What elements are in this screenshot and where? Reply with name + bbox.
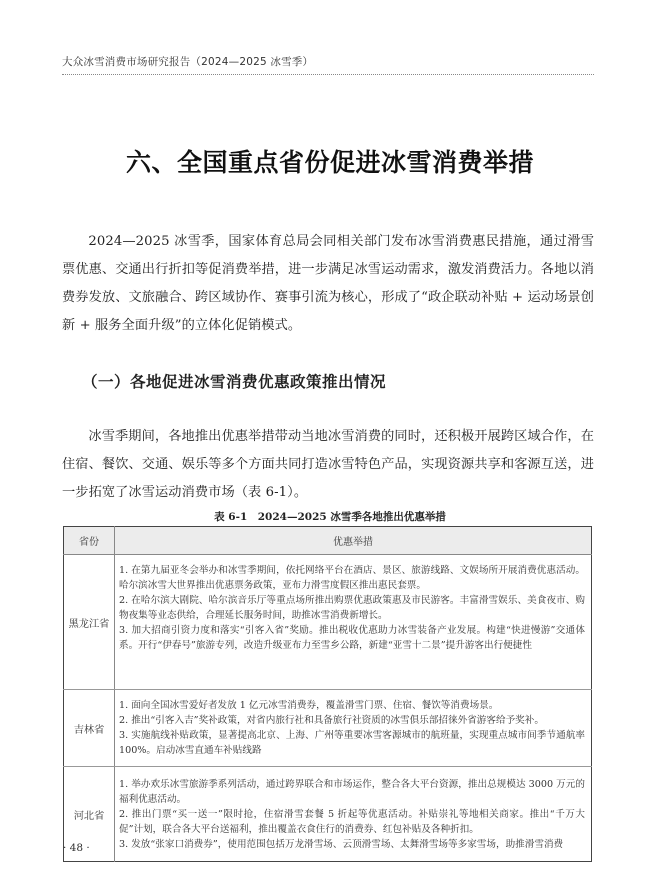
policy-table: 省份 优惠举措 黑龙江省 1. 在第九届亚冬会举办和冰雪季期间，依托网络平台在酒… bbox=[63, 526, 592, 862]
measure-item: 2. 推出“引客入吉”奖补政策，对省内旅行社和具备旅行社资质的冰雪俱乐部招徕外省… bbox=[119, 713, 585, 728]
table-header-row: 省份 优惠举措 bbox=[64, 527, 592, 555]
chapter-title: 六、全国重点省份促进冰雪消费举措 bbox=[0, 143, 660, 179]
measure-item: 1. 在第九届亚冬会举办和冰雪季期间，依托网络平台在酒店、景区、旅游线路、文娱场… bbox=[119, 563, 585, 593]
measure-item: 2. 在哈尔滨大剧院、哈尔滨音乐厅等重点场所推出购票优惠政策惠及市民游客。丰富滑… bbox=[119, 593, 585, 623]
measures-cell: 1. 面向全国冰雪爱好者发放 1 亿元冰雪消费券，覆盖滑雪门票、住宿、餐饮等消费… bbox=[115, 690, 592, 767]
measure-item: 3. 发放“张家口消费券”，使用范围包括万龙滑雪场、云顶滑雪场、太舞滑雪场等多家… bbox=[119, 837, 585, 852]
running-header: 大众冰雪消费市场研究报告（2024—2025 冰雪季） bbox=[62, 54, 594, 75]
table-caption: 表 6-1 2024—2025 冰雪季各地推出优惠举措 bbox=[0, 509, 660, 524]
measure-item: 1. 面向全国冰雪爱好者发放 1 亿元冰雪消费券，覆盖滑雪门票、住宿、餐饮等消费… bbox=[119, 698, 585, 713]
measures-cell: 1. 在第九届亚冬会举办和冰雪季期间，依托网络平台在酒店、景区、旅游线路、文娱场… bbox=[115, 555, 592, 690]
table-row: 吉林省 1. 面向全国冰雪爱好者发放 1 亿元冰雪消费券，覆盖滑雪门票、住宿、餐… bbox=[64, 690, 592, 767]
column-header-measures: 优惠举措 bbox=[115, 527, 592, 555]
section-title: （一）各地促进冰雪消费优惠政策推出情况 bbox=[82, 370, 386, 392]
intro-paragraph: 2024—2025 冰雪季，国家体育总局会同相关部门发布冰雪消费惠民措施，通过滑… bbox=[62, 228, 594, 340]
table-row: 河北省 1. 举办欢乐冰雪旅游季系列活动，通过跨界联合和市场运作，整合各大平台资… bbox=[64, 767, 592, 862]
table-row: 黑龙江省 1. 在第九届亚冬会举办和冰雪季期间，依托网络平台在酒店、景区、旅游线… bbox=[64, 555, 592, 690]
province-cell: 黑龙江省 bbox=[64, 555, 115, 690]
measure-item: 1. 举办欢乐冰雪旅游季系列活动，通过跨界联合和市场运作，整合各大平台资源，推出… bbox=[119, 777, 585, 807]
column-header-province: 省份 bbox=[64, 527, 115, 555]
province-cell: 吉林省 bbox=[64, 690, 115, 767]
measure-item: 2. 推出门票“买一送一”限时抢，住宿滑雪套餐 5 折起等优惠活动。补贴崇礼等地… bbox=[119, 807, 585, 837]
section-paragraph: 冰雪季期间，各地推出优惠举措带动当地冰雪消费的同时，还积极开展跨区域合作，在住宿… bbox=[62, 423, 594, 507]
measure-item: 3. 加大招商引资力度和落实“引客入省”奖励。推出税收优惠助力冰雪装备产业发展。… bbox=[119, 623, 585, 653]
page-number: · 48 · bbox=[63, 842, 90, 854]
measure-item: 3. 实施航线补贴政策，显著提高北京、上海、广州等重要冰雪客源城市的航班量，实现… bbox=[119, 728, 585, 758]
measures-cell: 1. 举办欢乐冰雪旅游季系列活动，通过跨界联合和市场运作，整合各大平台资源，推出… bbox=[115, 767, 592, 862]
